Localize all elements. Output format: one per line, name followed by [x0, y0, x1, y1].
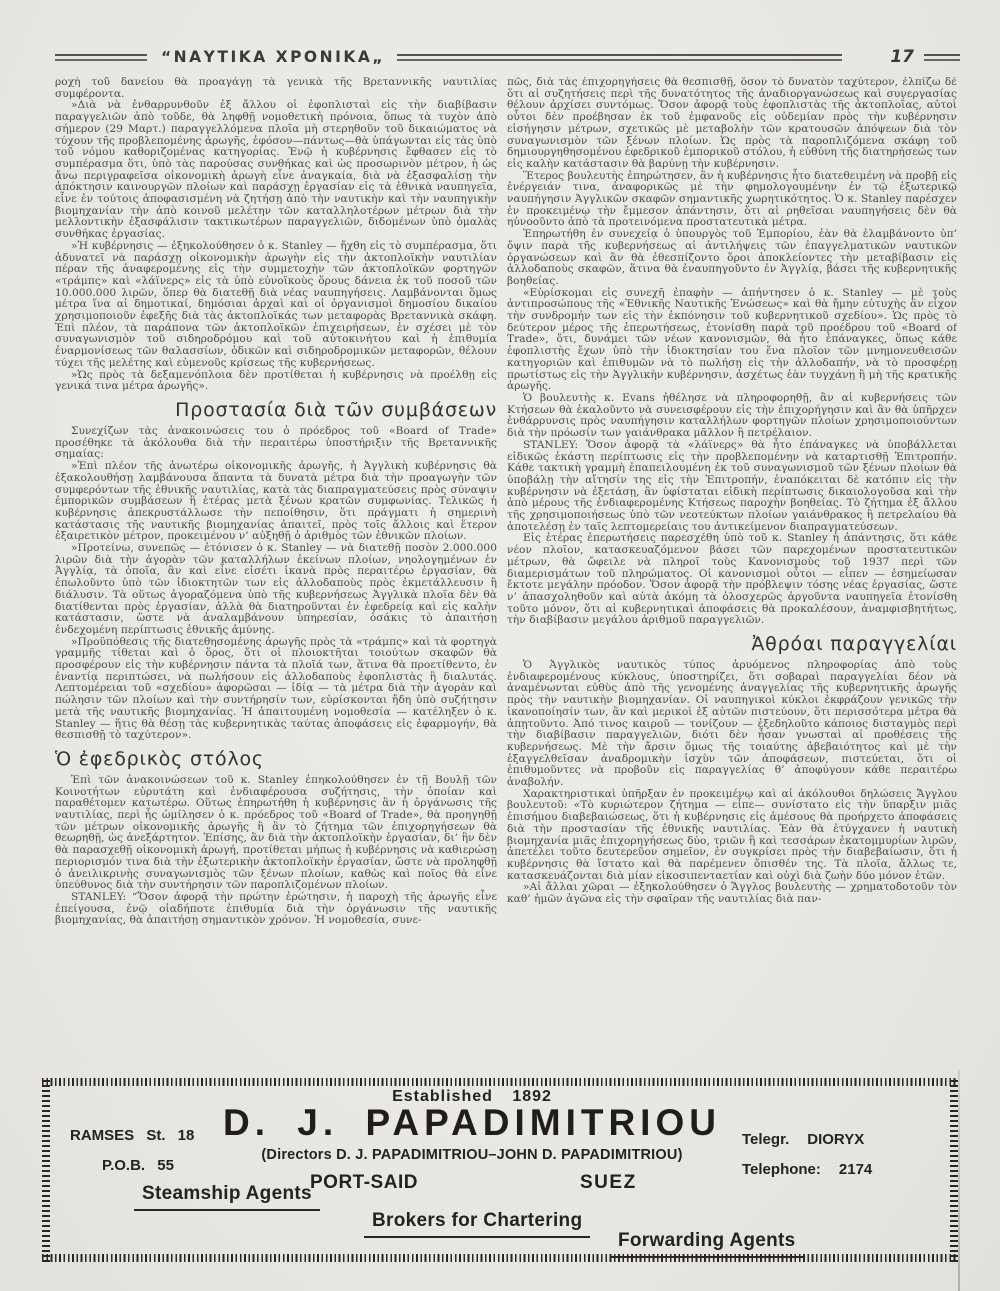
body-paragraph: »Διὰ νὰ ἐνθαρρυνθοῦν ἐξ ἄλλου οἱ ἐφοπλισ…: [55, 100, 497, 240]
body-paragraph: Ὁ Ἀγγλικὸς ναυτικὸς τύπος ἀρυόμενος πληρ…: [507, 660, 957, 789]
ad-border-right: [950, 1078, 958, 1262]
ad-po-box: P.O.B. 55: [102, 1157, 174, 1174]
ad-location-suez: SUEZ: [580, 1172, 637, 1194]
masthead: “ΝΑΥΤΙΚΑ ΧΡΟΝΙΚΑ„ 17: [55, 48, 960, 66]
section-heading-reserve-fleet: Ὁ ἐφεδρικὸς στόλος: [55, 748, 497, 771]
body-paragraph: STANLEY: “Ὅσον ἀφορᾷ τὴν πρώτην ἐρώτησιν…: [55, 892, 497, 927]
scan-page-edge-artifact: [958, 1070, 960, 1291]
ad-telephone: Telephone:2174: [742, 1161, 872, 1178]
body-paragraph: «Εὑρίσκομαι εἰς συνεχῆ ἐπαφὴν — ἀπήντησε…: [507, 288, 957, 393]
ad-telegraph-label: Telegr.: [742, 1131, 789, 1148]
body-paragraph: »Ἡ κυβέρνησις — ἐξηκολούθησεν ὁ κ. Stanl…: [55, 241, 497, 370]
ad-street-address: RAMSES St. 18: [70, 1127, 194, 1144]
papadimitriou-advertisement: Established 1892 D. J. PAPADIMITRIOU (Di…: [42, 1078, 958, 1262]
section-heading-mass-orders: Ἀθρόαι παραγγελίαι: [507, 633, 957, 656]
left-column: ροχὴ τοῦ δανείου θὰ προαγάγῃ τὰ γενικὰ τ…: [55, 77, 497, 1077]
masthead-rule-right: [924, 54, 960, 61]
ad-border-bottom: [42, 1254, 958, 1262]
body-paragraph: Χαρακτηριστικαὶ ὑπῆρξαν ἐν προκειμένῳ κα…: [507, 789, 957, 883]
masthead-rule-center: [397, 54, 842, 61]
body-paragraph: »Προϋπόθεσις τῆς διατεθησομένης ἀρωγῆς π…: [55, 637, 497, 742]
page-number: 17: [890, 47, 914, 67]
masthead-rule-left: [55, 54, 147, 61]
body-paragraph: Ἐπηρωτήθη ἐν συνεχείᾳ ὁ ὑπουργὸς τοῦ Ἐμπ…: [507, 229, 957, 288]
body-paragraph: »Ὡς πρὸς τὰ δεξαμενόπλοια δὲν προτίθεται…: [55, 370, 497, 393]
body-paragraph: Ἐπὶ τῶν ἀνακοινώσεων τοῦ κ. Stanley ἐπηκ…: [55, 775, 497, 892]
section-heading-contracts-protection: Προστασία διὰ τῶν συμβάσεων: [55, 399, 497, 422]
ad-telephone-value: 2174: [839, 1161, 872, 1178]
magazine-title: “ΝΑΥΤΙΚΑ ΧΡΟΝΙΚΑ„: [161, 48, 385, 66]
ad-telegraph: Telegr.DIORYX: [742, 1131, 864, 1148]
magazine-page: “ΝΑΥΤΙΚΑ ΧΡΟΝΙΚΑ„ 17 ροχὴ τοῦ δανείου θὰ…: [0, 0, 1000, 1291]
ad-service-brokers-chartering: Brokers for Chartering: [364, 1210, 590, 1238]
ad-border-top: [42, 1078, 958, 1086]
right-column: πῶς, διὰ τὰς ἐπιχορηγήσεις θὰ θεσπισθῇ, …: [507, 77, 957, 1077]
ad-service-steamship-agents: Steamship Agents: [134, 1183, 320, 1211]
ad-telephone-label: Telephone:: [742, 1161, 821, 1178]
ad-service-forwarding-agents: Forwarding Agents: [610, 1230, 804, 1258]
body-paragraph: STANLEY: Ὅσον ἀφορᾷ τὰ «λάϊνερς» θὰ ἦτο …: [507, 440, 957, 534]
ad-telegraph-value: DIORYX: [807, 1131, 864, 1148]
body-paragraph: Ἕτερος βουλευτὴς ἐπηρώτησεν, ἂν ἡ κυβέρν…: [507, 171, 957, 230]
body-paragraph: »Αἱ ἄλλαι χῶραι — ἐξηκολούθησεν ὁ Ἄγγλος…: [507, 882, 957, 905]
body-paragraph: Συνεχίζων τὰς ἀνακοινώσεις του ὁ πρόεδρο…: [55, 426, 497, 461]
body-paragraph: Ὁ βουλευτὴς κ. Evans ἠθέλησε νὰ πληροφορ…: [507, 393, 957, 440]
body-paragraph: »Ἐπὶ πλέον τῆς ἀνωτέρω οἰκονομικῆς ἀρωγῆ…: [55, 461, 497, 543]
ad-location-port-said: PORT-SAID: [310, 1172, 418, 1194]
body-paragraph: »Προτείνω, συνεπῶς — ἐτόνισεν ὁ κ. Stanl…: [55, 543, 497, 637]
body-paragraph: ροχὴ τοῦ δανείου θὰ προαγάγῃ τὰ γενικὰ τ…: [55, 77, 497, 100]
body-paragraph: Εἰς ἑτέρας ἐπερωτήσεις παρεσχέθη ὑπὸ τοῦ…: [507, 533, 957, 627]
body-paragraph: πῶς, διὰ τὰς ἐπιχορηγήσεις θὰ θεσπισθῇ, …: [507, 77, 957, 171]
